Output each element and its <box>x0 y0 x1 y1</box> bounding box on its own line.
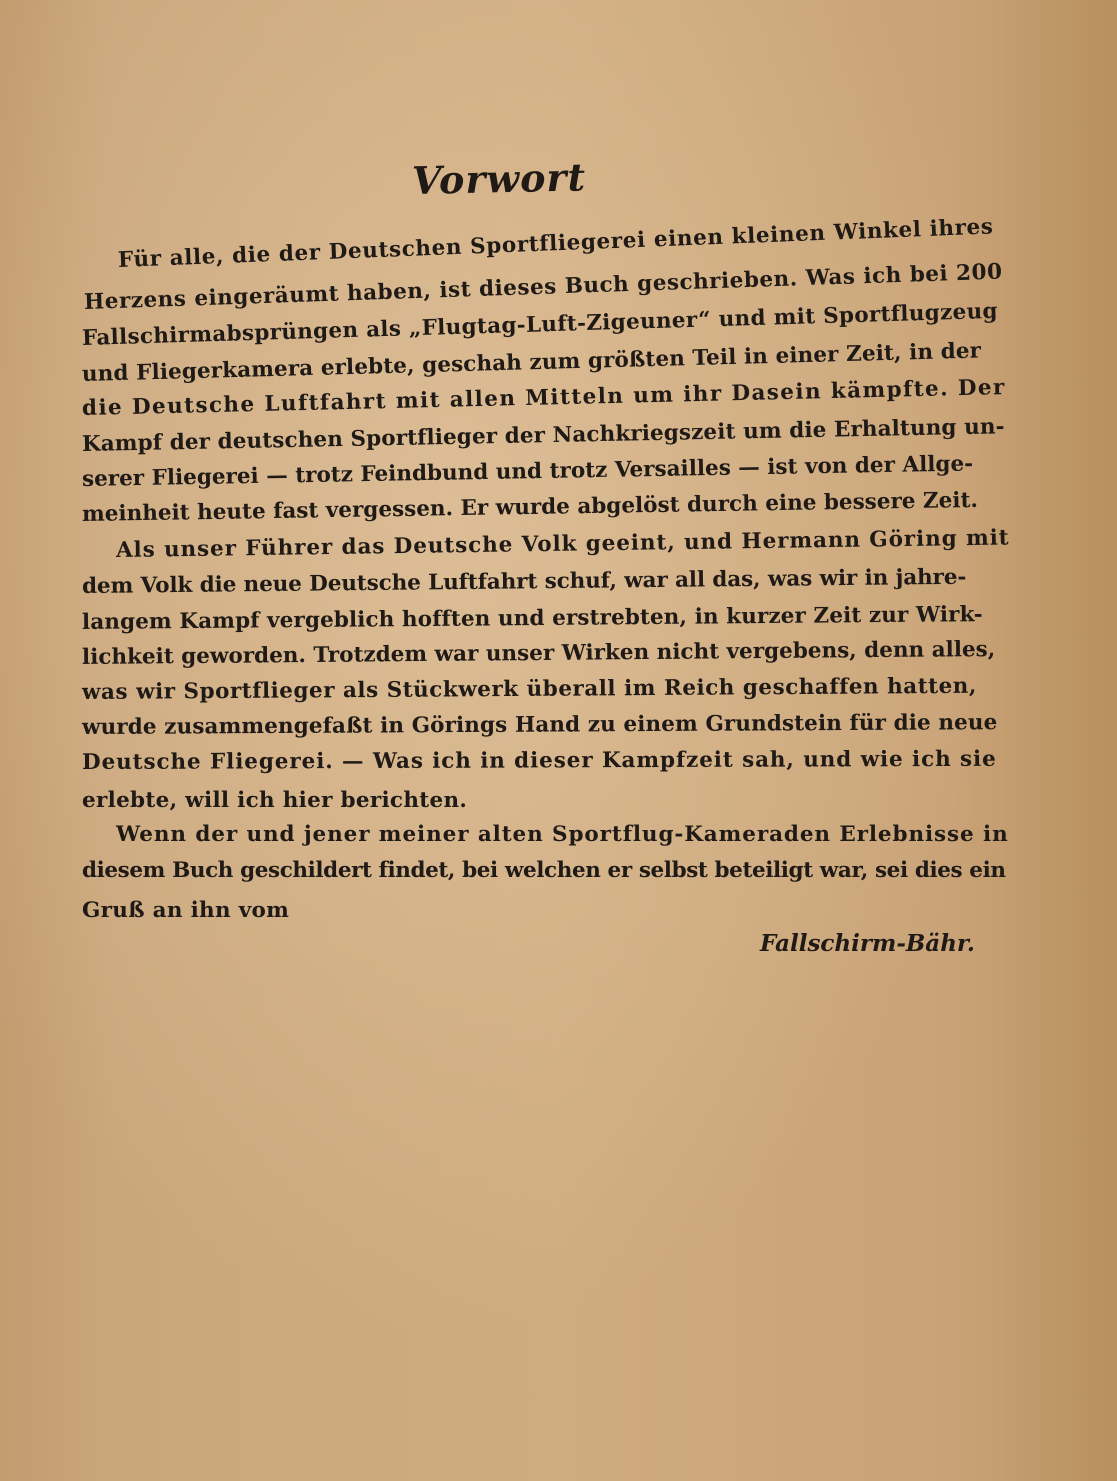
text-line: lichkeit geworden. Trotzdem war unser Wi… <box>82 637 995 670</box>
text-line: langem Kampf vergeblich hofften und erst… <box>82 602 983 635</box>
text-line: wurde zusammengefaßt in Görings Hand zu … <box>82 710 998 740</box>
text-line: Gruß an ihn vom <box>82 898 289 923</box>
text-line: Deutsche Fliegerei. — Was ich in dieser … <box>82 747 997 775</box>
text-line: meinheit heute fast vergessen. Er wurde … <box>82 488 978 527</box>
text-line: Wenn der und jener meiner alten Sportflu… <box>116 822 1009 847</box>
text-line: Kampf der deutschen Sportflieger der Nac… <box>82 414 1005 457</box>
text-line: erlebte, will ich hier berichten. <box>82 788 467 813</box>
author-signature: Fallschirm-Bähr. <box>760 930 975 957</box>
page-title: Vorwort <box>412 154 587 203</box>
book-page: Vorwort Für alle, die der Deutschen Spor… <box>0 0 1117 1481</box>
text-line: dem Volk die neue Deutsche Luftfahrt sch… <box>82 565 967 599</box>
text-line: diesem Buch geschildert findet, bei welc… <box>82 858 1006 883</box>
text-line: was wir Sportflieger als Stückwerk übera… <box>82 674 977 705</box>
text-line: Als unser Führer das Deutsche Volk geein… <box>116 526 1010 563</box>
text-line: serer Fliegerei — trotz Feindbund und tr… <box>82 451 974 492</box>
